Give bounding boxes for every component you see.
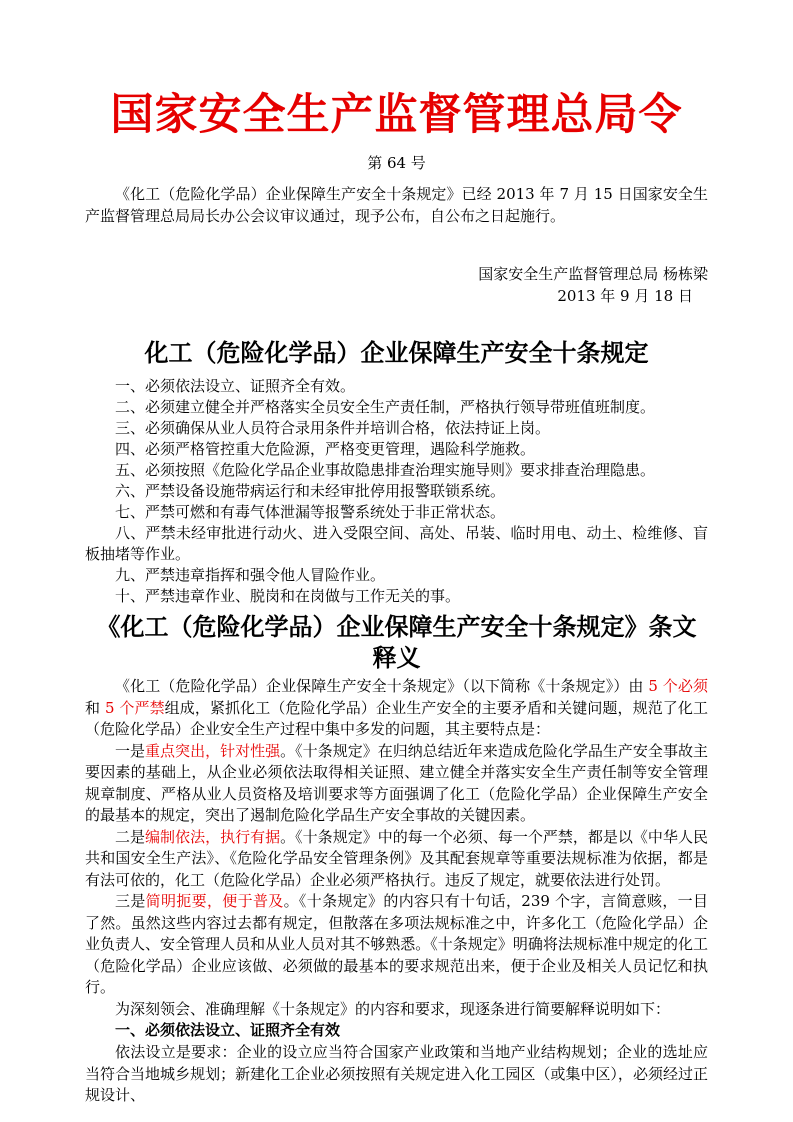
highlight-red-text: 5 个必须 xyxy=(648,677,708,695)
regulation-item-10: 十、严禁违章作业、脱岗和在岗做与工作无关的事。 xyxy=(85,586,708,607)
announcement-paragraph: 《化工（危险化学品）企业保障生产安全十条规定》已经 2013 年 7 月 15 … xyxy=(85,183,708,227)
highlight-red-text: 编制依法，执行有据 xyxy=(145,828,280,846)
regulation-item-6: 六、严禁设备设施带病运行和未经审批停用报警联锁系统。 xyxy=(85,481,708,502)
highlight-red-text: 5 个严禁 xyxy=(105,699,165,717)
interpretation-point-1-paragraph: 一是重点突出，针对性强。《十条规定》在归纳总结近年来造成危险化学品生产安全事故主… xyxy=(85,741,708,827)
regulation-item-2: 二、必须建立健全并严格落实全员安全生产责任制，严格执行领导带班值班制度。 xyxy=(85,397,708,418)
regulations-list: 一、必须依法设立、证照齐全有效。 二、必须建立健全并严格落实全员安全生产责任制，… xyxy=(85,376,708,607)
body-text: 二是 xyxy=(115,828,145,846)
regulation-item-5: 五、必须按照《危险化学品企业事故隐患排查治理实施导则》要求排查治理隐患。 xyxy=(85,460,708,481)
signature-authority: 国家安全生产监督管理总局 杨栋梁 xyxy=(85,263,708,285)
article-1-explanation-paragraph: 依法设立是要求：企业的设立应当符合国家产业政策和当地产业结构规划；企业的选址应当… xyxy=(85,1042,708,1107)
interpretation-title: 《化工（危险化学品）企业保障生产安全十条规定》条文释义 xyxy=(85,612,708,674)
signature-block: 国家安全生产监督管理总局 杨栋梁 2013 年 9 月 18 日 xyxy=(85,263,708,307)
regulation-item-4: 四、必须严格管控重大危险源，严格变更管理，遇险科学施救。 xyxy=(85,439,708,460)
article-1-subheading: 一、必须依法设立、证照齐全有效 xyxy=(85,1020,708,1042)
document-page: 国家安全生产监督管理总局令 第 64 号 《化工（危险化学品）企业保障生产安全十… xyxy=(0,0,793,1122)
order-number: 第 64 号 xyxy=(85,153,708,174)
regulation-item-7: 七、严禁可燃和有毒气体泄漏等报警系统处于非正常状态。 xyxy=(85,502,708,523)
body-text: 三是 xyxy=(115,892,146,910)
regulation-item-1: 一、必须依法设立、证照齐全有效。 xyxy=(85,376,708,397)
interpretation-point-2-paragraph: 二是编制依法，执行有据。《十条规定》中的每一个必须、每一个严禁，都是以《中华人民… xyxy=(85,827,708,892)
signature-date: 2013 年 9 月 18 日 xyxy=(85,285,708,307)
regulation-item-9: 九、严禁违章指挥和强令他人冒险作业。 xyxy=(85,565,708,586)
body-text: 和 xyxy=(85,699,105,717)
body-text: 组成，紧抓化工（危险化学品）企业生产安全的主要矛盾和关键问题，规范了化工（危险化… xyxy=(85,699,708,739)
regulation-item-3: 三、必须确保从业人员符合录用条件并培训合格，依法持证上岗。 xyxy=(85,418,708,439)
interpretation-intro-paragraph: 《化工（危险化学品）企业保障生产安全十条规定》（以下简称《十条规定》）由 5 个… xyxy=(85,676,708,741)
body-text: 一是 xyxy=(115,742,145,760)
interpretation-point-3-paragraph: 三是简明扼要，便于普及。《十条规定》的内容只有十句话，239 个字，言简意赅，一… xyxy=(85,891,708,999)
body-text: 《化工（危险化学品）企业保障生产安全十条规定》（以下简称《十条规定》）由 xyxy=(115,677,648,695)
regulation-item-8: 八、严禁未经审批进行动火、进入受限空间、高处、吊装、临时用电、动土、检维修、盲板… xyxy=(85,523,708,565)
regulations-title: 化工（危险化学品）企业保障生产安全十条规定 xyxy=(85,339,708,369)
lead-in-paragraph: 为深刻领会、准确理解《十条规定》的内容和要求，现逐条进行简要解释说明如下： xyxy=(85,999,708,1021)
highlight-red-text: 简明扼要，便于普及 xyxy=(146,892,284,910)
highlight-red-text: 重点突出，针对性强 xyxy=(145,742,280,760)
document-title: 国家安全生产监督管理总局令 xyxy=(85,90,708,140)
